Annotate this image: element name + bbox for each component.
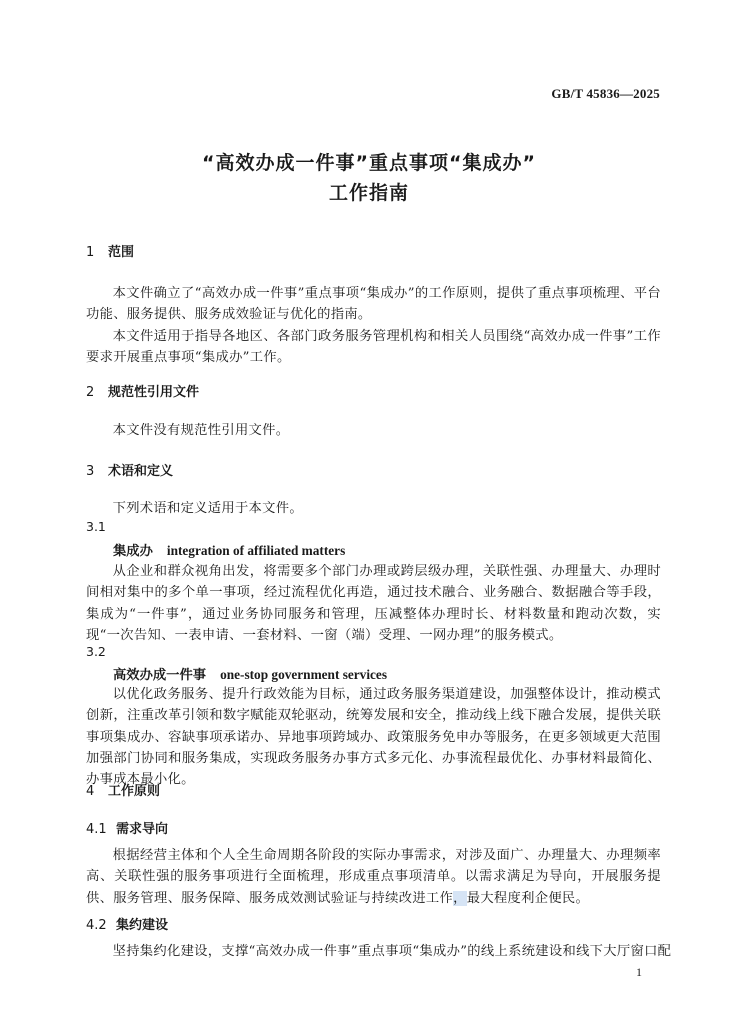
document-title-line2: 工作指南: [0, 178, 738, 205]
text-cursor-highlight: ，: [453, 891, 467, 906]
paragraph-text: 最大程度利企便民。: [467, 891, 589, 906]
term-cn: 集成办: [113, 544, 153, 559]
section-number: 2: [86, 385, 108, 400]
term-cn: 高效办成一件事: [113, 668, 206, 683]
section-heading-3: 3术语和定义: [86, 460, 173, 479]
section-number: 4: [86, 784, 108, 799]
term-en: integration of affiliated matters: [167, 543, 345, 558]
paragraph: 下列术语和定义适用于本文件。: [86, 498, 661, 519]
subsection-number: 4.2: [86, 918, 116, 933]
section-heading-2: 2规范性引用文件: [86, 381, 199, 400]
term-definition: 从企业和群众视角出发，将需要多个部门办理或跨层级办理，关联性强、办理量大、办理时…: [86, 561, 661, 646]
paragraph: 根据经营主体和个人全生命周期各阶段的实际办事需求，对涉及面广、办理量大、办理频率…: [86, 845, 661, 909]
paragraph: 本文件适用于指导各地区、各部门政务服务管理机构和相关人员围绕“高效办成一件事”工…: [86, 326, 661, 369]
paragraph: 本文件没有规范性引用文件。: [86, 420, 661, 441]
subsection-heading-4-1: 4.1需求导向: [86, 818, 168, 837]
section-title: 范围: [108, 245, 134, 260]
section-title: 工作原则: [108, 784, 160, 799]
paragraph: 坚持集约化建设，支撑“高效办成一件事”重点事项“集成办”的线上系统建设和线下大厅…: [86, 941, 661, 962]
section-heading-1: 1范围: [86, 241, 134, 260]
document-title-line1: “高效办成一件事”重点事项“集成办”: [0, 148, 738, 175]
term-number: 3.2: [86, 644, 106, 659]
section-title: 规范性引用文件: [108, 385, 199, 400]
term-heading: 集成办integration of affiliated matters: [113, 540, 345, 559]
subsection-heading-4-2: 4.2集约建设: [86, 914, 168, 933]
subsection-title: 集约建设: [116, 918, 168, 933]
subsection-number: 4.1: [86, 822, 116, 837]
term-number: 3.1: [86, 519, 106, 534]
standard-number: GB/T 45836—2025: [551, 86, 660, 102]
subsection-title: 需求导向: [116, 822, 168, 837]
paragraph: 本文件确立了“高效办成一件事”重点事项“集成办”的工作原则，提供了重点事项梳理、…: [86, 283, 661, 326]
section-number: 1: [86, 245, 108, 260]
term-definition: 以优化政务服务、提升行政效能为目标，通过政务服务渠道建设，加强整体设计，推动模式…: [86, 684, 661, 790]
term-heading: 高效办成一件事one-stop government services: [113, 664, 387, 683]
document-page: GB/T 45836—2025 “高效办成一件事”重点事项“集成办” 工作指南 …: [0, 0, 738, 1009]
page-number: 1: [636, 965, 642, 980]
section-heading-4: 4工作原则: [86, 780, 160, 799]
term-en: one-stop government services: [220, 667, 387, 682]
section-number: 3: [86, 464, 108, 479]
section-title: 术语和定义: [108, 464, 173, 479]
